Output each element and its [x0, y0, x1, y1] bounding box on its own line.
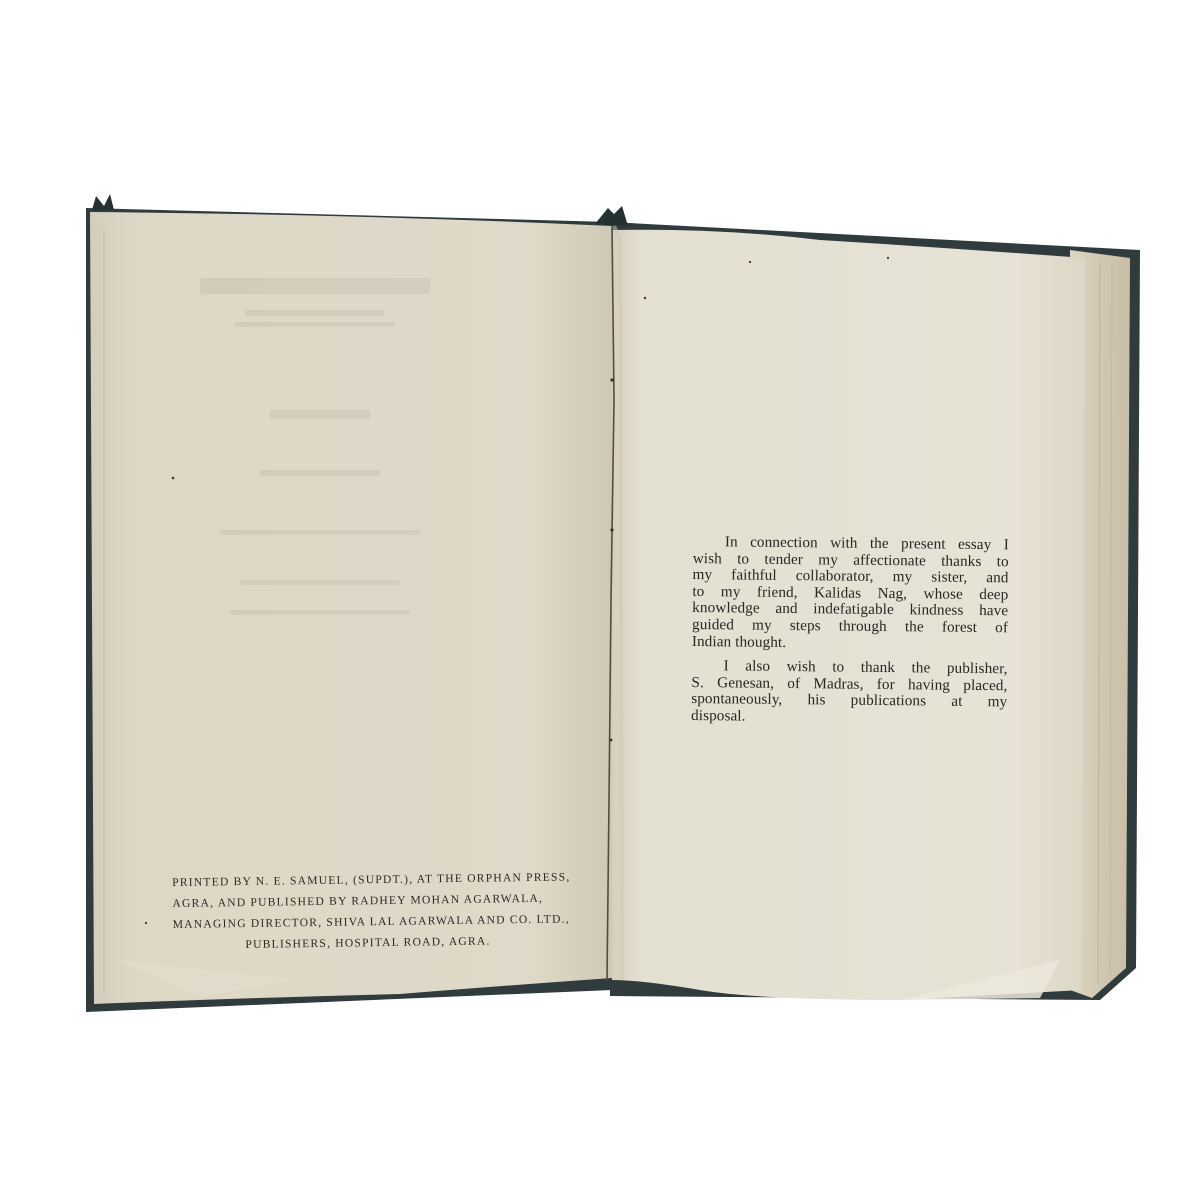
acknowledgement-text: In connection with the present essay I w… — [691, 534, 1009, 736]
ack-paragraph-1: In connection with the present essay I w… — [692, 534, 1009, 653]
ack-paragraph-2: I also wish to thank the publisher, S. G… — [691, 658, 1008, 728]
open-book-illustration — [0, 0, 1200, 1200]
ack-line: disposal. — [691, 708, 1007, 728]
printer-imprint: Printed by N. E. Samuel, (Supdt.), at th… — [172, 866, 583, 956]
book-photo: In connection with the present essay I w… — [0, 0, 1200, 1200]
ack-line: Indian thought. — [692, 634, 1008, 654]
